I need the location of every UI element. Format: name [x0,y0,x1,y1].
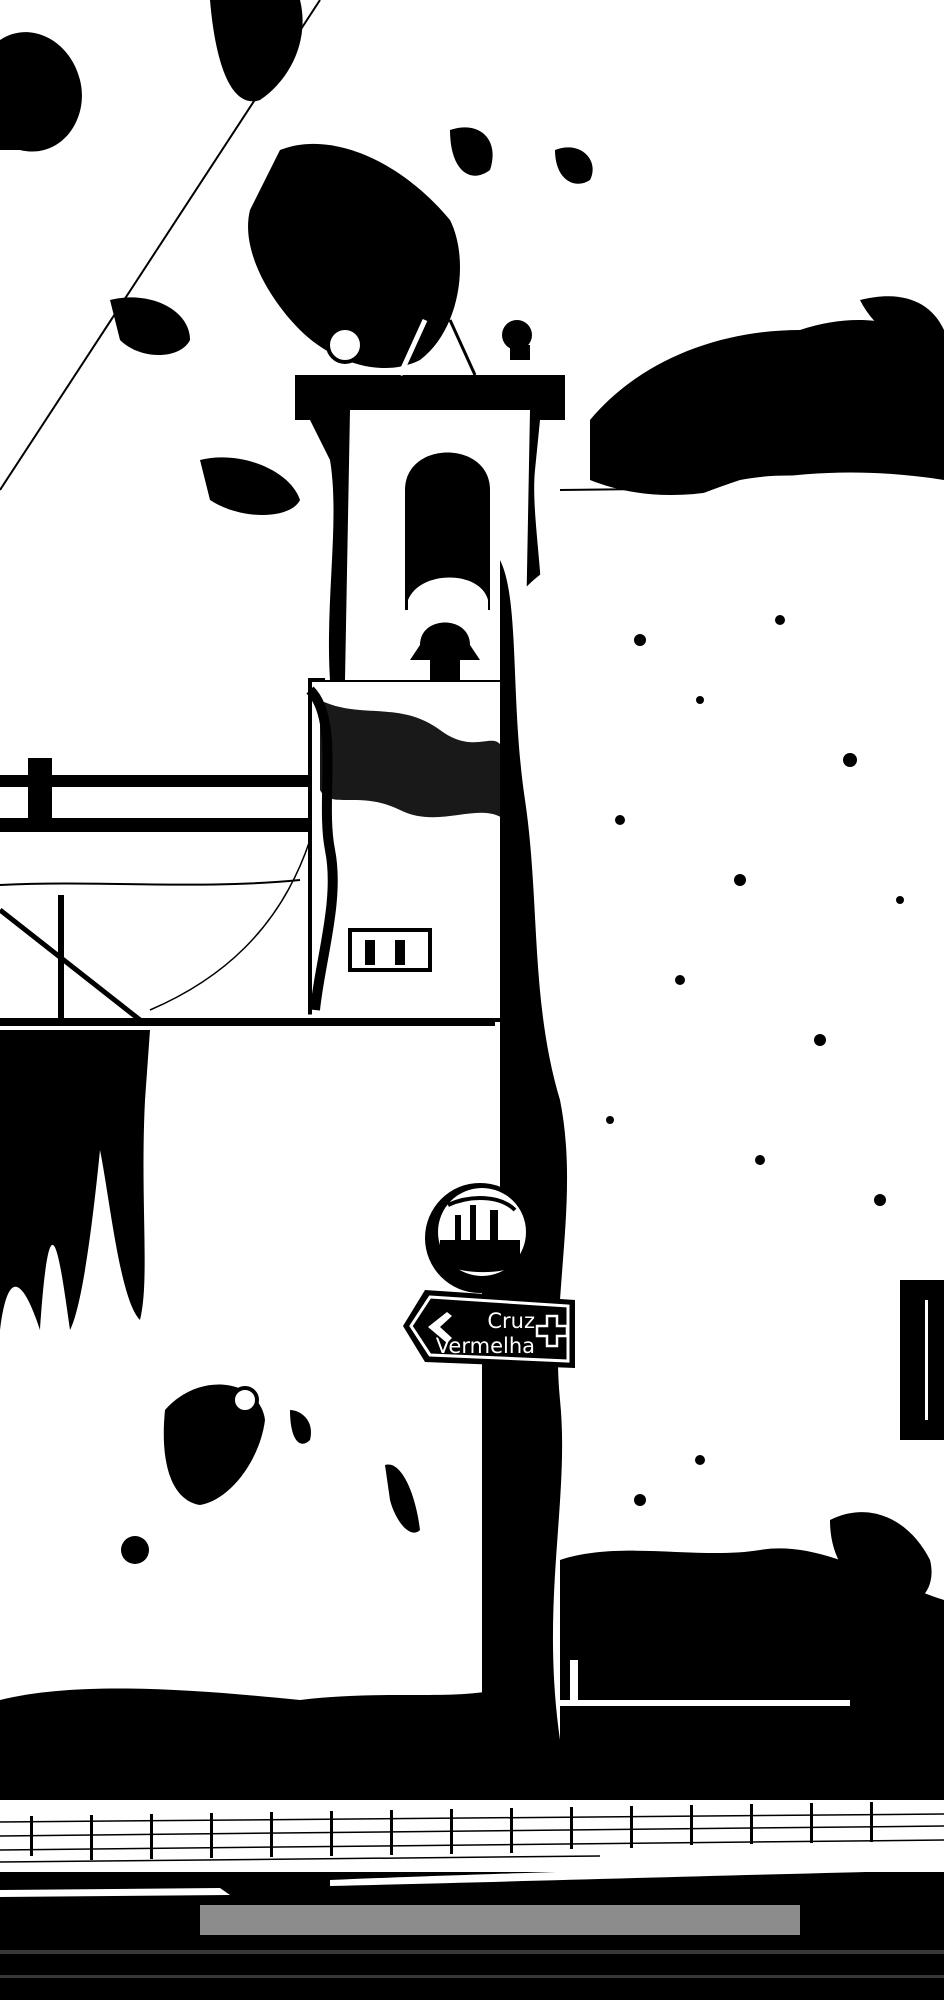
left-wall [0,1010,495,1760]
wall-base-shadow [0,1740,944,1800]
window-shutter [900,1280,944,1440]
sign-line2: Vermelha [436,1334,535,1358]
finial-left [328,328,362,362]
photo-scene: Cruz Vermelha [0,0,944,2000]
right-wall [500,476,944,1740]
direction-sign: Cruz Vermelha [403,1290,575,1368]
sign-line1: Cruz [487,1309,535,1333]
traffic-mirror [425,1183,535,1293]
